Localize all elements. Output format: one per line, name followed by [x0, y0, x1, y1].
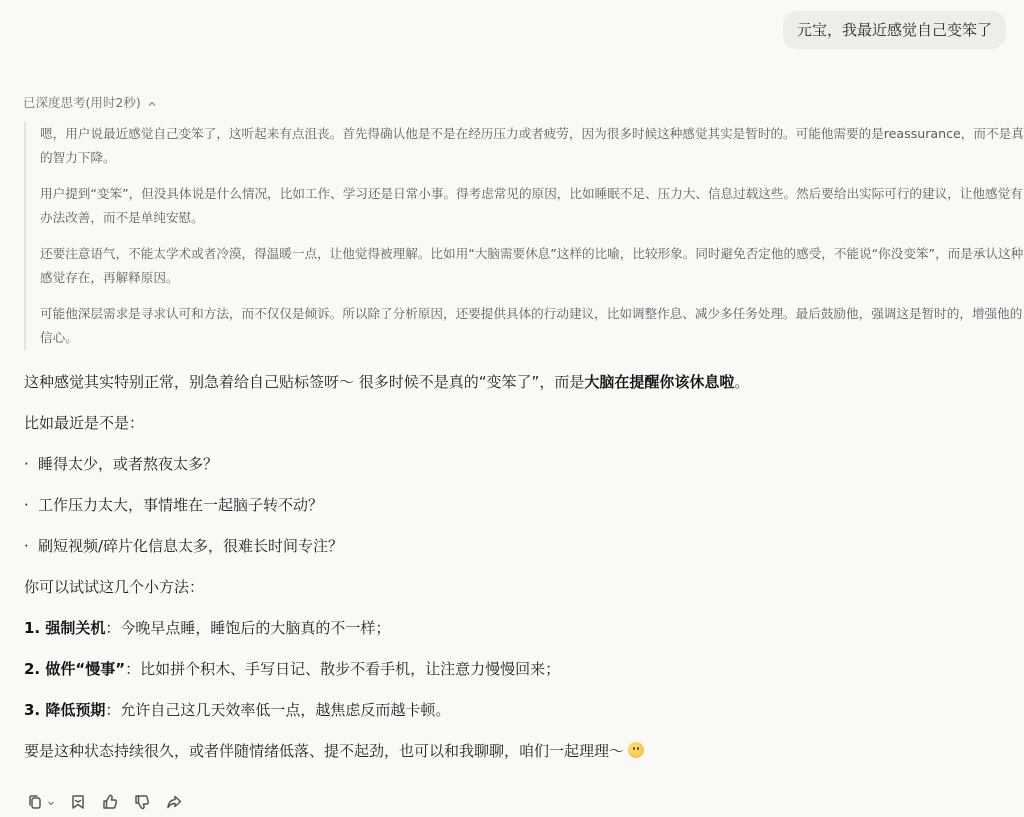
thinking-paragraph: 还要注意语气，不能太学术或者冷漠，得温暖一点，让他觉得被理解。比如用“大脑需要休…: [40, 242, 1024, 290]
copy-icon[interactable]: [26, 793, 44, 811]
thinking-paragraph: 用户提到“变笨”，但没具体说是什么情况，比如工作、学习还是日常小事。得考虑常见的…: [40, 182, 1024, 230]
question-lead: 比如最近是不是：: [24, 411, 1004, 435]
copy-button[interactable]: [26, 792, 55, 811]
assistant-answer: 这种感觉其实特别正常，别急着给自己贴标签呀～ 很多时候不是真的“变笨了”，而是大…: [24, 370, 1004, 780]
thinking-toggle[interactable]: 已深度思考(用时2秒): [23, 93, 157, 111]
bullet-text: 工作压力太大，事情堆在一起脑子转不动？: [38, 493, 323, 517]
share-icon[interactable]: [165, 793, 183, 811]
thumbs-up-icon[interactable]: [101, 793, 119, 811]
bullet-dot: ·: [24, 452, 32, 476]
method-title: 1. 强制关机: [24, 619, 105, 637]
thinking-paragraph: 嗯，用户说最近感觉自己变笨了，这听起来有点沮丧。首先得确认他是不是在经历压力或者…: [40, 122, 1024, 170]
closing-sentence: 要是这种状态持续很久，或者伴随情绪低落、提不起劲，也可以和我聊聊，咱们一起理理～: [24, 742, 624, 760]
bullet-text: 睡得太少，或者熬夜太多？: [38, 452, 218, 476]
chevron-up-icon: [147, 97, 157, 107]
method-item: 3. 降低预期：允许自己这几天效率低一点，越焦虑反而越卡顿。: [24, 698, 1004, 722]
bookmark-icon[interactable]: [69, 793, 87, 811]
thinking-content: 嗯，用户说最近感觉自己变笨了，这听起来有点沮丧。首先得确认他是不是在经历压力或者…: [24, 122, 1024, 350]
bullet-text: 刷短视频/碎片化信息太多，很难长时间专注？: [38, 534, 343, 558]
user-message-bubble: 元宝，我最近感觉自己变笨了: [783, 11, 1006, 49]
thumbs-down-icon[interactable]: [133, 793, 151, 811]
method-title: 3. 降低预期: [24, 701, 105, 719]
method-text: ：今晚早点睡，睡饱后的大脑真的不一样；: [105, 619, 390, 637]
method-text: ：比如拼个积木、手写日记、散步不看手机，让注意力慢慢回来；: [125, 660, 560, 678]
list-item: ·睡得太少，或者熬夜太多？: [24, 452, 1004, 476]
method-item: 1. 强制关机：今晚早点睡，睡饱后的大脑真的不一样；: [24, 616, 1004, 640]
method-title: 2. 做件“慢事”: [24, 660, 125, 678]
chat-page: 元宝，我最近感觉自己变笨了 已深度思考(用时2秒) 嗯，用户说最近感觉自己变笨了…: [0, 0, 1024, 817]
list-item: ·刷短视频/碎片化信息太多，很难长时间专注？: [24, 534, 1004, 558]
thinking-paragraph: 可能他深层需求是寻求认可和方法，而不仅仅是倾诉。所以除了分析原因，还要提供具体的…: [40, 302, 1024, 350]
bullet-dot: ·: [24, 493, 32, 517]
chevron-down-icon[interactable]: [47, 792, 55, 811]
list-item: ·工作压力太大，事情堆在一起脑子转不动？: [24, 493, 1004, 517]
intro-bold-text: 大脑在提醒你该休息啦: [584, 373, 734, 391]
user-message-row: 元宝，我最近感觉自己变笨了: [783, 11, 1006, 49]
method-text: ：允许自己这几天效率低一点，越焦虑反而越卡顿。: [105, 701, 450, 719]
closing-text: 要是这种状态持续很久，或者伴随情绪低落、提不起劲，也可以和我聊聊，咱们一起理理～: [24, 739, 1004, 763]
answer-intro: 这种感觉其实特别正常，别急着给自己贴标签呀～ 很多时候不是真的“变笨了”，而是大…: [24, 370, 1004, 394]
intro-end: 。: [734, 373, 749, 391]
thinking-header-label: 已深度思考(用时2秒): [23, 93, 141, 111]
methods-lead: 你可以试试这几个小方法：: [24, 575, 1004, 599]
intro-text: 这种感觉其实特别正常，别急着给自己贴标签呀～ 很多时候不是真的“变笨了”，而是: [24, 373, 584, 391]
bullet-dot: ·: [24, 534, 32, 558]
message-actions: [26, 792, 183, 811]
smile-emoji-icon: [628, 742, 644, 758]
method-item: 2. 做件“慢事”：比如拼个积木、手写日记、散步不看手机，让注意力慢慢回来；: [24, 657, 1004, 681]
